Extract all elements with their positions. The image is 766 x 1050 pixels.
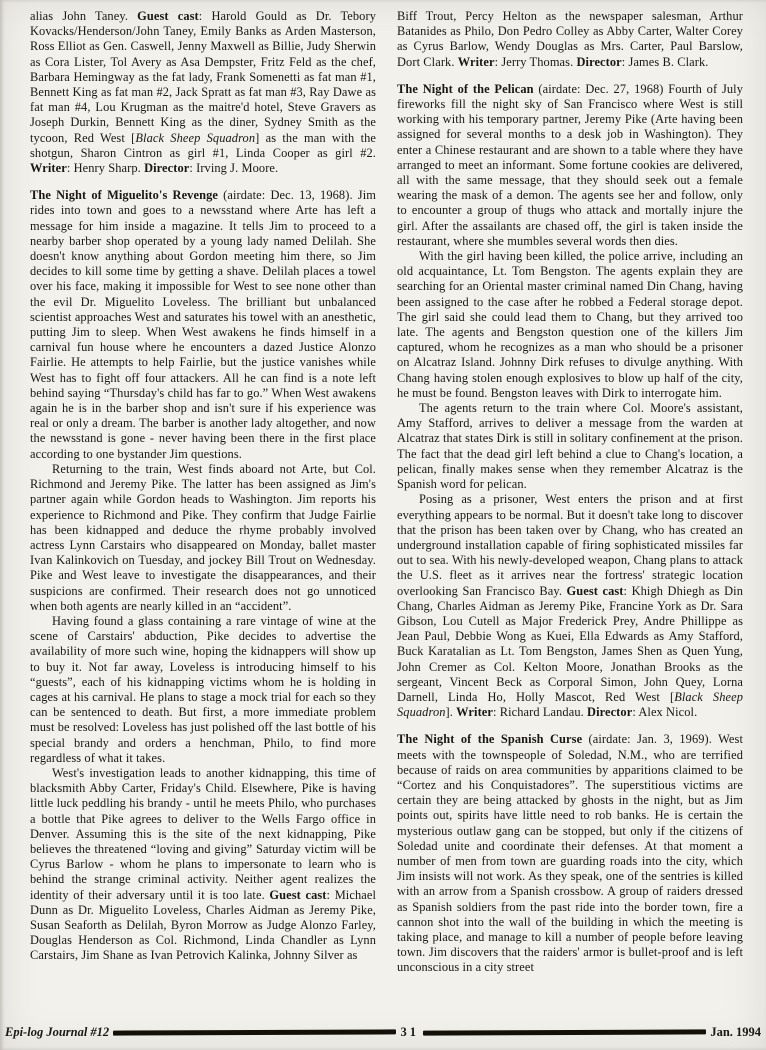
text-run: With the girl having been killed, the po… — [397, 249, 743, 400]
bold-run: Director — [576, 55, 621, 69]
bold-run: Writer — [456, 705, 493, 719]
bold-run: Guest cast — [567, 584, 624, 598]
bold-run: Writer — [30, 161, 67, 175]
text-run: : Khigh Dhiegh as Din Chang, Charles Aid… — [397, 584, 743, 704]
text-columns: alias John Taney. Guest cast: Harold Gou… — [30, 9, 742, 976]
text-run: (airdate: Dec. 13, 1968). Jim rides into… — [30, 188, 376, 460]
text-run: Returning to the train, West finds aboar… — [30, 462, 376, 613]
text-run: : Henry Sharp. — [67, 161, 144, 175]
bold-run: Guest cast — [137, 9, 199, 23]
text-run: : Irving J. Moore. — [189, 161, 278, 175]
text-run: (airdate: Dec. 27, 1968) Fourth of July … — [397, 82, 743, 248]
journal-page: alias John Taney. Guest cast: Harold Gou… — [0, 0, 766, 1050]
text-run: ]. — [446, 705, 457, 719]
footer-rule-left — [113, 1029, 396, 1035]
page-footer: Epi-log Journal #12 31 Jan. 1994 — [5, 1025, 761, 1040]
paragraph: alias John Taney. Guest cast: Harold Gou… — [30, 9, 376, 176]
paragraph: The agents return to the train where Col… — [397, 401, 743, 492]
paragraph: The Night of the Spanish Curse (airdate:… — [397, 732, 743, 975]
bold-run: Guest cast — [269, 888, 326, 902]
journal-title: Epi-log Journal #12 — [5, 1025, 109, 1040]
bold-run: Writer — [458, 55, 495, 69]
text-run: : Harold Gould as Dr. Tebory Kovacks/Hen… — [30, 9, 376, 145]
bold-run: Director — [587, 705, 632, 719]
text-run: The agents return to the train where Col… — [397, 401, 743, 491]
paragraph: The Night of Miguelito's Revenge (airdat… — [30, 188, 376, 462]
text-run: : Alex Nicol. — [632, 705, 697, 719]
paragraph: Returning to the train, West finds aboar… — [30, 462, 376, 614]
text-run: : Richard Landau. — [493, 705, 587, 719]
bold-run: The Night of the Pelican — [397, 82, 534, 96]
footer-rule-right — [423, 1029, 706, 1035]
paragraph: Biff Trout, Percy Helton as the newspape… — [397, 9, 743, 70]
text-run: Posing as a prisoner, West enters the pr… — [397, 492, 743, 597]
bold-run: Director — [144, 161, 189, 175]
text-run: Having found a glass containing a rare v… — [30, 614, 376, 765]
paragraph: The Night of the Pelican (airdate: Dec. … — [397, 82, 743, 249]
page-number: 31 — [401, 1025, 420, 1040]
right-column: Biff Trout, Percy Helton as the newspape… — [397, 9, 743, 976]
issue-date: Jan. 1994 — [710, 1025, 761, 1040]
text-run: : Jerry Thomas. — [495, 55, 577, 69]
bold-run: The Night of Miguelito's Revenge — [30, 188, 218, 202]
left-column: alias John Taney. Guest cast: Harold Gou… — [30, 9, 376, 964]
bold-run: The Night of the Spanish Curse — [397, 732, 582, 746]
italic-run: Black Sheep Squadron — [135, 131, 255, 145]
text-run: : James B. Clark. — [622, 55, 709, 69]
paragraph: Posing as a prisoner, West enters the pr… — [397, 492, 743, 720]
paragraph: Having found a glass containing a rare v… — [30, 614, 376, 766]
paragraph: With the girl having been killed, the po… — [397, 249, 743, 401]
text-run: (airdate: Jan. 3, 1969). West meets with… — [397, 732, 743, 974]
text-run: alias John Taney. — [30, 9, 137, 23]
paragraph: West's investigation leads to another ki… — [30, 766, 376, 964]
text-run: West's investigation leads to another ki… — [30, 766, 376, 902]
